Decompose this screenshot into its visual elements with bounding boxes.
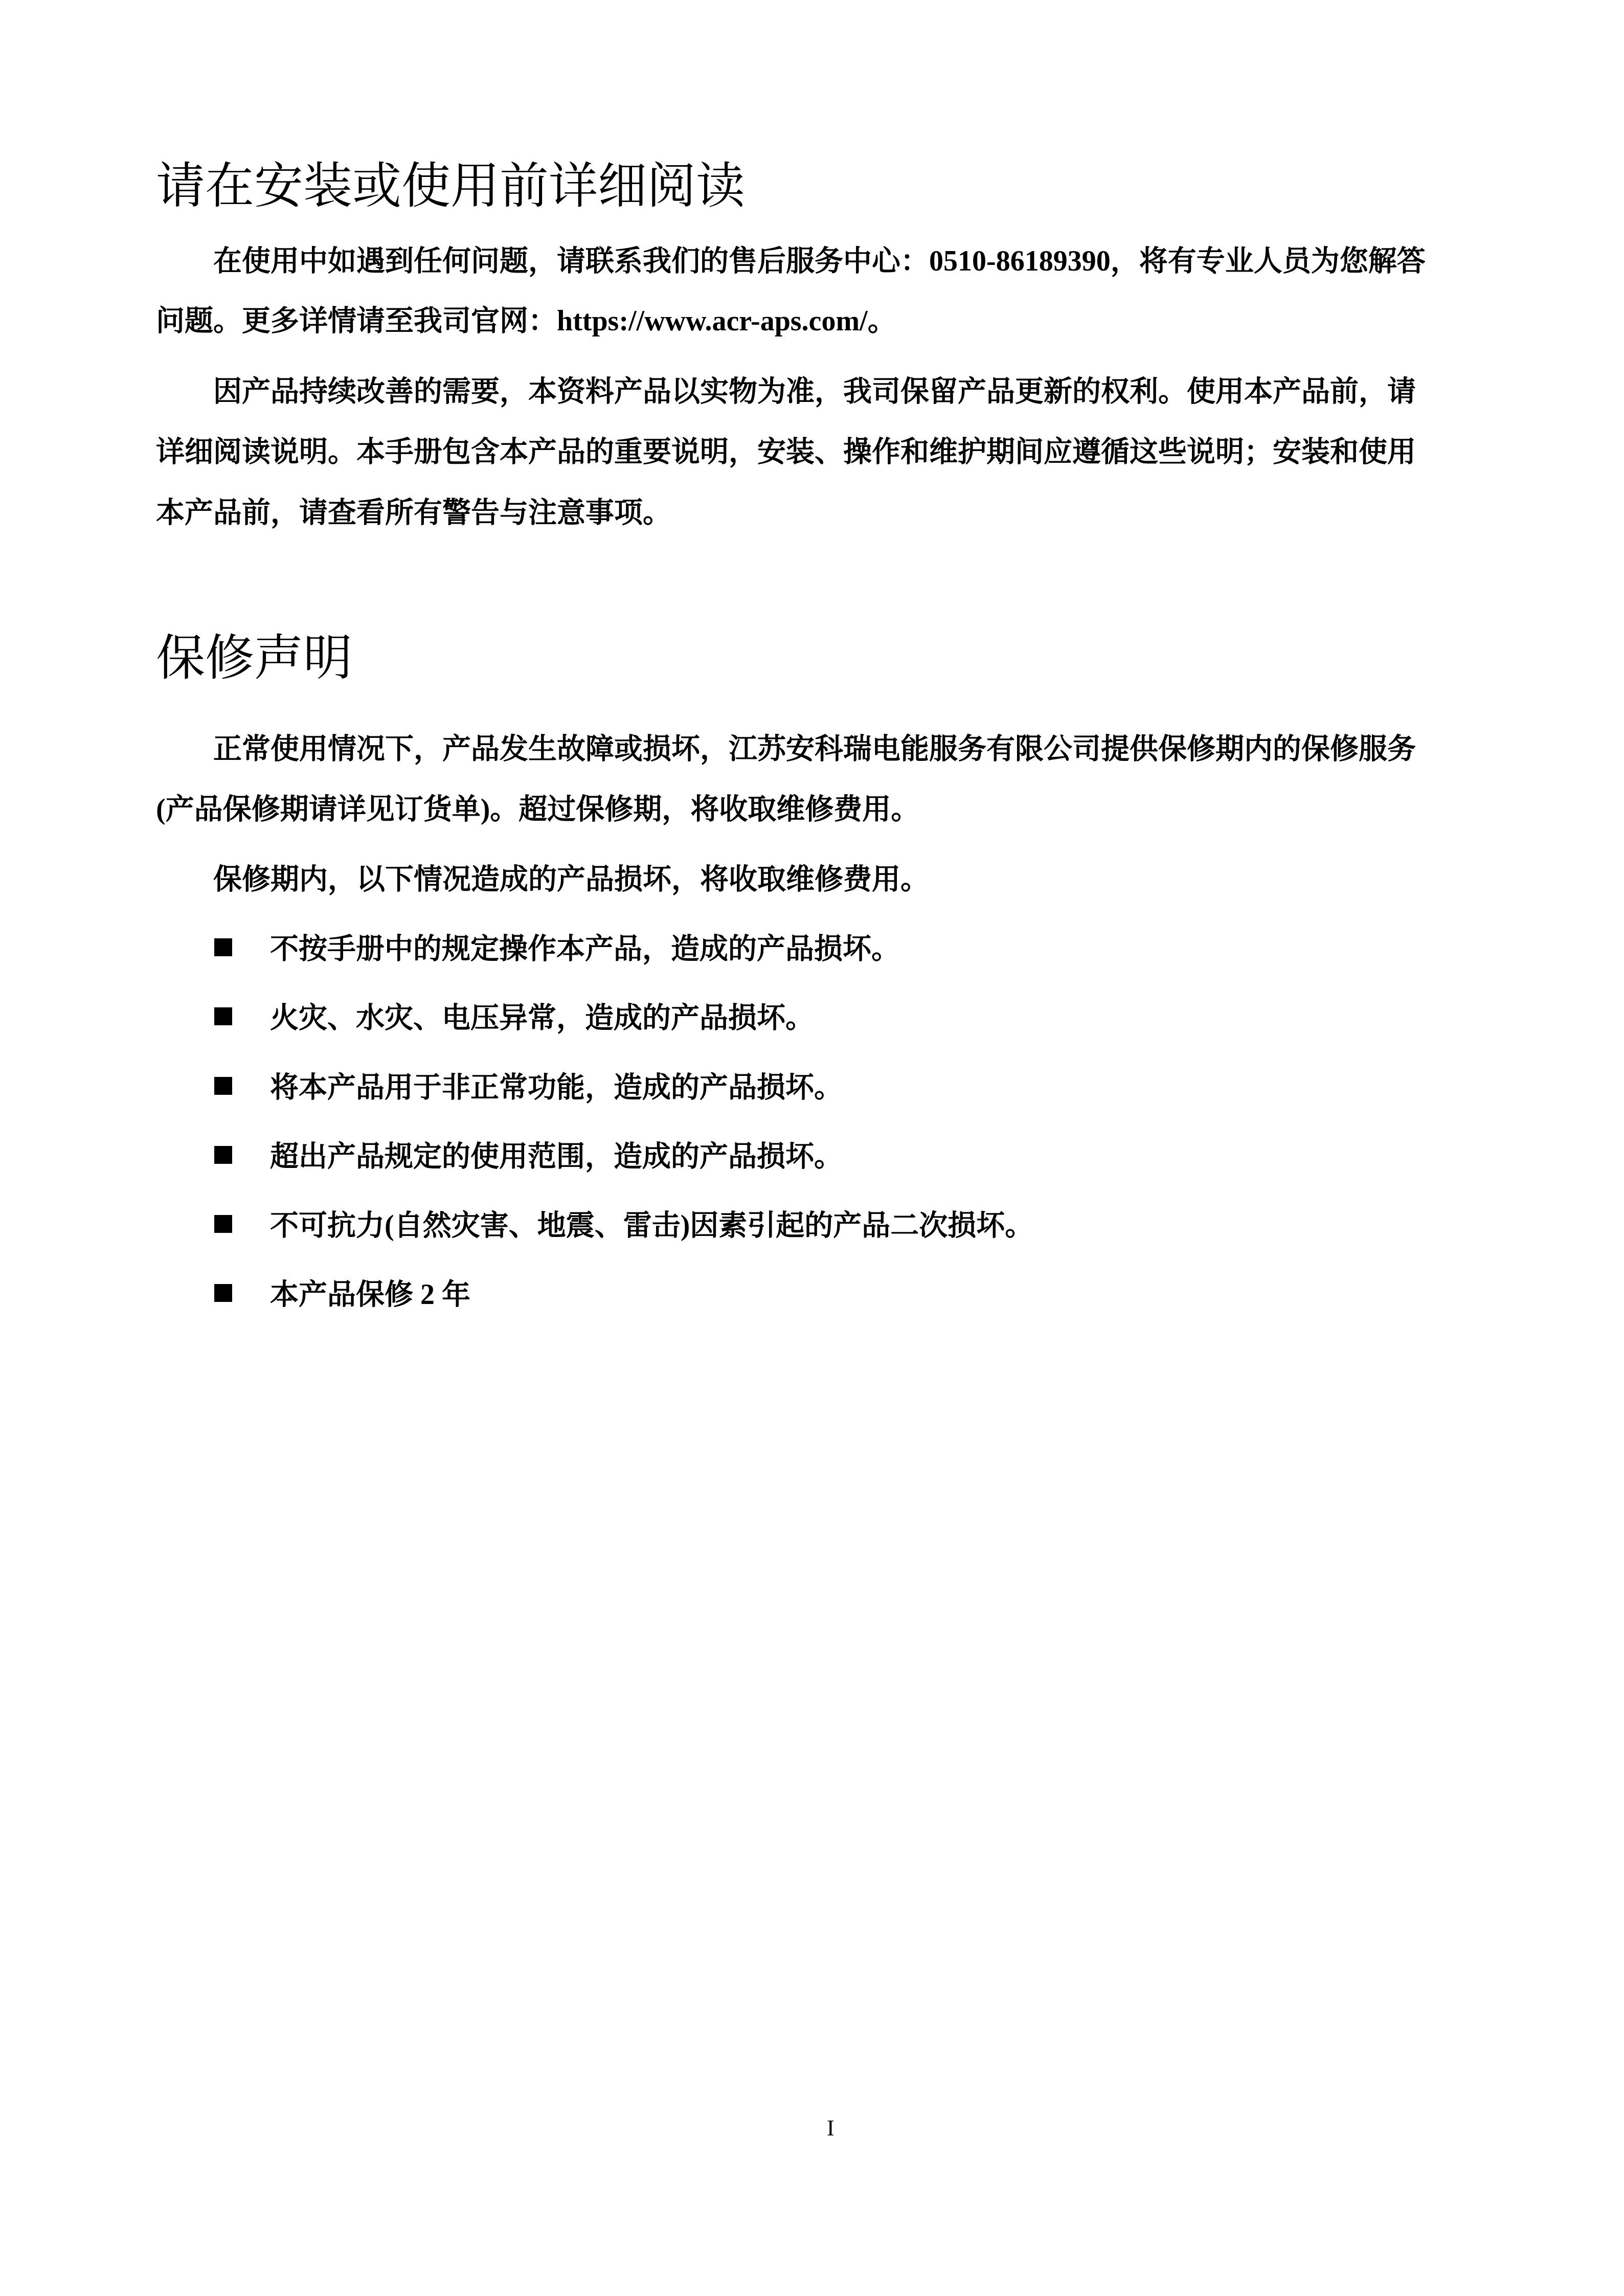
notice-paragraph-line-2: 详细阅读说明。本手册包含本产品的重要说明，安装、操作和维护期间应遵循这些说明；安… <box>156 438 1416 466</box>
square-bullet-icon <box>214 1077 232 1095</box>
list-item-text: 不可抗力(自然灾害、地震、雷击)因素引起的产品二次损坏。 <box>270 1211 1033 1240</box>
square-bullet-icon <box>214 1215 232 1233</box>
notice-paragraph-line-3: 本产品前，请查看所有警告与注意事项。 <box>156 499 671 527</box>
square-bullet-icon <box>214 1284 232 1302</box>
section-title-warranty: 保修声明 <box>156 633 352 682</box>
contact-paragraph-line-2: 问题。更多详情请至我司官网：https://www.acr-aps.com/。 <box>156 307 896 335</box>
contact-paragraph-line-1: 在使用中如遇到任何问题，请联系我们的售后服务中心：0510-86189390，将… <box>213 247 1426 276</box>
list-item-text: 本产品保修 2 年 <box>270 1280 470 1309</box>
section-title-read-before-use: 请在安装或使用前详细阅读 <box>156 161 745 210</box>
warranty-paragraph-line-1: 正常使用情况下，产品发生故障或损坏，江苏安科瑞电能服务有限公司提供保修期内的保修… <box>213 735 1416 763</box>
list-item-text: 超出产品规定的使用范围，造成的产品损坏。 <box>270 1142 843 1171</box>
page-number: I <box>827 2117 834 2140</box>
square-bullet-icon <box>214 938 232 956</box>
warranty-paragraph-line-2: (产品保修期请详见订货单)。超过保修期，将收取维修费用。 <box>156 795 919 824</box>
square-bullet-icon <box>214 1146 232 1164</box>
list-item-text: 将本产品用于非正常功能，造成的产品损坏。 <box>270 1073 843 1102</box>
list-item-text: 火灾、水灾、电压异常，造成的产品损坏。 <box>270 1004 814 1032</box>
square-bullet-icon <box>214 1007 232 1025</box>
notice-paragraph-line-1: 因产品持续改善的需要，本资料产品以实物为准，我司保留产品更新的权利。使用本产品前… <box>213 377 1416 406</box>
warranty-exclusions-intro: 保修期内，以下情况造成的产品损坏，将收取维修费用。 <box>213 865 929 894</box>
list-item-text: 不按手册中的规定操作本产品，造成的产品损坏。 <box>270 935 900 963</box>
document-page: 请在安装或使用前详细阅读 在使用中如遇到任何问题，请联系我们的售后服务中心：05… <box>0 0 1624 2296</box>
